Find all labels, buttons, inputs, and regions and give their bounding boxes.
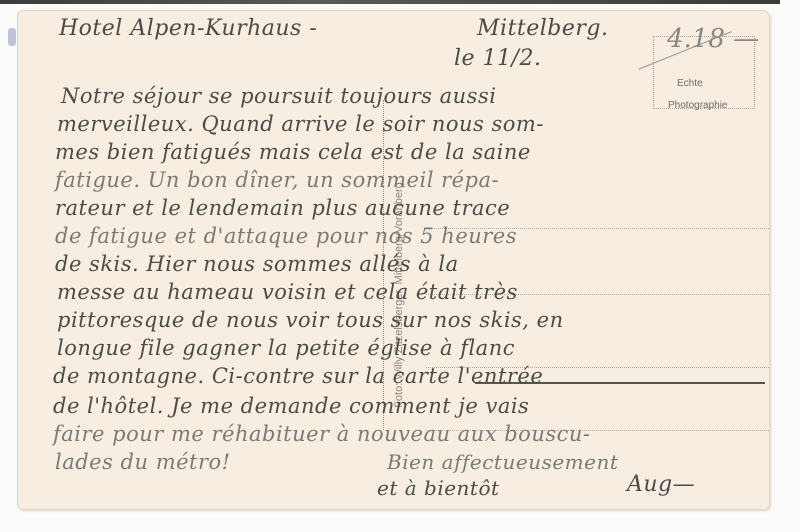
message-line: merveilleux. Quand arrive le soir nous s…	[57, 112, 544, 136]
message-line: de fatigue et d'attaque pour nos 5 heure…	[55, 224, 517, 248]
message-line: de l'hôtel. Je me demande comment je vai…	[53, 394, 529, 418]
closing-line-2: et à bientôt	[377, 476, 500, 500]
message-line: longue file gagner la petite église à fl…	[57, 336, 515, 360]
scan-top-edge	[0, 0, 780, 4]
message-line: fatigue. Un bon dîner, un sommeil répa-	[55, 168, 499, 192]
signature: Aug—	[627, 472, 695, 497]
closing-line-1: Bien affectueusement	[387, 450, 618, 474]
message-line: faire pour me réhabituer à nouveau aux b…	[53, 422, 591, 446]
stamp-text-echte: Echte	[677, 78, 703, 89]
message-line: de montagne. Ci-contre sur la carte l'en…	[53, 364, 543, 388]
price-mark: 4.18 —	[667, 24, 759, 54]
message-line: lades du métro!	[55, 450, 231, 474]
stamp-text-photographie: Photographie	[668, 100, 728, 111]
hotel-header: Hotel Alpen-Kurhaus -	[59, 16, 317, 41]
message-line: de skis. Hier nous sommes allés à la	[55, 252, 459, 276]
date-header: le 11/2.	[454, 46, 541, 71]
message-line: mes bien fatigués mais cela est de la sa…	[55, 140, 531, 164]
postcard-back: Hotel Alpen-Kurhaus - Mittelberg. le 11/…	[17, 10, 770, 510]
pencil-mark	[8, 28, 16, 46]
message-line: Notre séjour se poursuit toujours aussi	[61, 84, 496, 108]
message-line: rateur et le lendemain plus aucune trace	[55, 196, 510, 220]
place-header: Mittelberg.	[477, 16, 609, 41]
message-line: pittoresque de nous voir tous sur nos sk…	[57, 308, 564, 332]
message-line: messe au hameau voisin et cela était trè…	[57, 280, 518, 304]
